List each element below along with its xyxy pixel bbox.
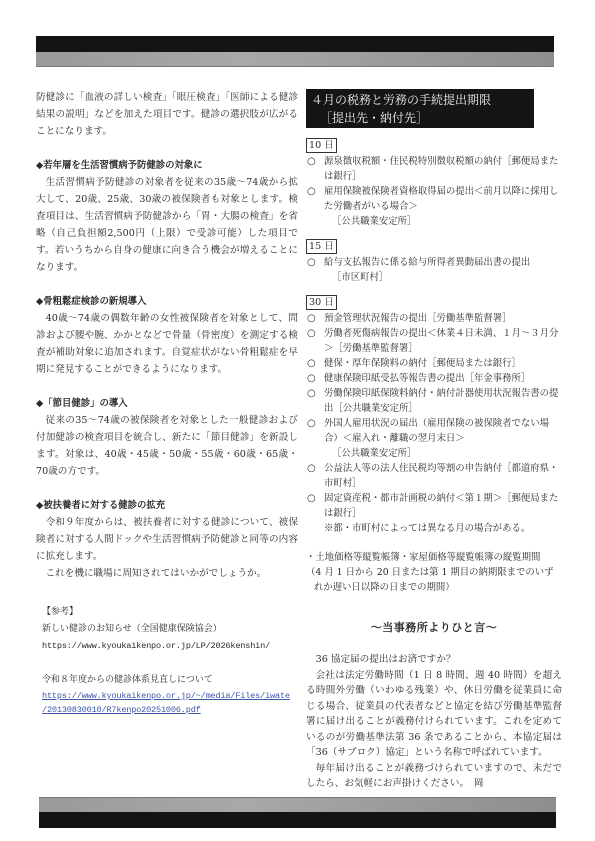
office-message-closing: 毎年届け出ることが義務づけられていますので、未だでしたら、お気軽にお声掛けくださ… [306, 761, 562, 792]
reference-url-1: https://www.kyoukaikenpo.or.jp/LP/2026ke… [36, 638, 298, 655]
section-heading-dependents: ◆被扶養者に対する健診の拡充 [36, 497, 298, 514]
reference-link-2-line1[interactable]: https://www.kyoukaikenpo.or.jp/~/media/F… [36, 689, 298, 703]
section-heading-young: ◆若年層を生活習慣病予防健診の対象に [36, 157, 298, 174]
section-body-milestone: 従来の35～74歳の被保険者を対象とした一般健診および付加健診の検査項目を統合し… [36, 412, 298, 480]
deadline-item: ○外国人雇用状況の届出（雇用保険の被保険者でない場合）＜雇入れ・離職の翌月末日＞ [306, 416, 562, 446]
office-message-body: 会社は法定労働時間（1 日 8 時間、週 40 時間）を超える時間外労働（いわゆ… [306, 668, 562, 761]
deadline-item: ○労働者死傷病報告の提出＜休業４日未満、１月～３月分＞［労働基準監督署］ [306, 326, 562, 356]
section-heading-osteoporosis: ◆骨粗鬆症検診の新規導入 [36, 293, 298, 310]
reference-title-2: 令和８年度からの健診体系見直しについて [36, 672, 298, 689]
deadline-note: ※都・市町村によっては異なる月の場合がある。 [306, 521, 562, 536]
footer-bar-gray [39, 797, 556, 812]
circle-icon: ○ [307, 154, 316, 169]
deadline-destination: ［市区町村］ [306, 270, 562, 285]
circle-icon: ○ [307, 255, 316, 270]
deadline-item: ○労働保険印紙保険料納付・納付計器使用状況報告書の提出［公共職業安定所］ [306, 386, 562, 416]
section-body-dependents-closing: これを機に職場に周知されてはいかがでしょうか。 [36, 565, 298, 582]
deadlines-title-box: ４月の税務と労務の手続提出期限 ［提出先・納付先］ [306, 89, 534, 128]
header-decorative-bar [36, 36, 554, 67]
circle-icon: ○ [307, 311, 316, 326]
footer-bar-black [39, 812, 556, 828]
deadline-item: ○雇用保険被保険者資格取得届の提出＜前月以降に採用した労働者がいる場合＞ [306, 184, 562, 214]
day-label-30: 30 日 [306, 295, 337, 310]
header-bar-gray [36, 52, 554, 67]
reference-link-2-line2[interactable]: /20130830010/R7kenpo20251006.pdf [36, 703, 298, 717]
office-message-question: 36 協定届の提出はお済ですか？ [306, 652, 562, 668]
header-bar-black [36, 36, 554, 52]
section-body-young: 生活習慣病予防健診の対象者を従来の35歳～74歳から拡大して、20歳、25歳、3… [36, 174, 298, 276]
day-label-10: 10 日 [306, 138, 337, 153]
circle-icon: ○ [307, 371, 316, 386]
deadline-item: ○預金管理状況報告の提出［労働基準監督署］ [306, 311, 562, 326]
deadline-item: ○健保・厚年保険料の納付［郵便局または銀行］ [306, 356, 562, 371]
section-body-dependents: 令和９年度からは、被扶養者に対する健診について、被保険者に対する人間ドックや生活… [36, 514, 298, 565]
left-column: 防健診に「血液の詳しい検査」「眼圧検査」「医師による健診結果の説明」などを加えた… [36, 89, 298, 717]
circle-icon: ○ [307, 184, 316, 199]
circle-icon: ○ [307, 461, 316, 476]
reference-block: 【参考】 新しい健診のお知らせ（全国健康保険協会） https://www.ky… [36, 604, 298, 717]
office-message-title: ～当事務所よりひと言～ [306, 619, 562, 636]
deadline-item: ○健康保険印紙受払等報告書の提出［年金事務所］ [306, 371, 562, 386]
reference-label: 【参考】 [36, 604, 298, 621]
intro-paragraph: 防健診に「血液の詳しい検査」「眼圧検査」「医師による健診結果の説明」などを加えた… [36, 89, 298, 140]
circle-icon: ○ [307, 326, 316, 341]
circle-icon: ○ [307, 386, 316, 401]
deadlines-subtitle: ［提出先・納付先］ [311, 109, 534, 127]
section-heading-milestone: ◆「節目健診」の導入 [36, 395, 298, 412]
deadline-item: ○給与支払報告に係る給与所得者異動届出書の提出 [306, 255, 562, 270]
section-body-osteoporosis: 40歳～74歳の偶数年齢の女性被保険者を対象として、問診および腰や腕、かかとなど… [36, 310, 298, 378]
deadline-item: ○固定資産税・都市計画税の納付＜第１期＞［郵便局または銀行］ [306, 491, 562, 521]
deadline-destination: ［公共職業安定所］ [306, 214, 562, 229]
deadlines-title: ４月の税務と労務の手続提出期限 [311, 91, 534, 109]
day-label-15: 15 日 [306, 239, 337, 254]
reference-title-1: 新しい健診のお知らせ（全国健康保険協会） [36, 621, 298, 638]
circle-icon: ○ [307, 416, 316, 431]
signature: 岡 [474, 778, 484, 789]
circle-icon: ○ [307, 491, 316, 506]
inspection-period-bullet: ・土地価格等縦覧帳簿・家屋価格等縦覧帳簿の縦覧期間 [306, 550, 562, 565]
deadline-item: ○公益法人等の法人住民税均等割の申告納付［都道府県・市町村］ [306, 461, 562, 491]
deadline-destination: ［公共職業安定所］ [306, 446, 562, 461]
circle-icon: ○ [307, 356, 316, 371]
inspection-period-detail: （4 月 1 日から 20 日または第 1 期目の納期限までのいずれか遅い日以降… [306, 565, 562, 595]
deadline-item: ○源泉徴収税額・住民税特別徴収税額の納付［郵便局または銀行］ [306, 154, 562, 184]
right-column: ４月の税務と労務の手続提出期限 ［提出先・納付先］ 10 日 ○源泉徴収税額・住… [306, 89, 562, 792]
footer-decorative-bar [39, 797, 556, 828]
